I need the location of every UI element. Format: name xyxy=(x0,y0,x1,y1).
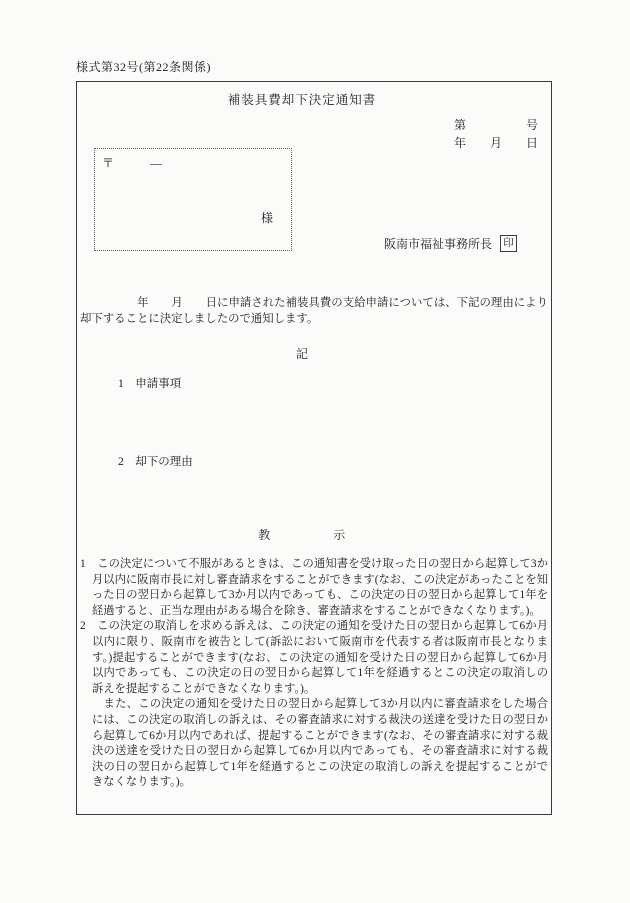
ki-heading: 記 xyxy=(77,345,527,362)
appeal-note-1: 1 この決定について不服があるときは、この通知書を受け取った日の翌日から起算して… xyxy=(80,557,548,619)
section-rejection-reason: 2 却下の理由 xyxy=(118,453,193,469)
notification-body: 年 月 日に申請された補装具費の支給申請については、下記の理由により却下すること… xyxy=(80,295,548,327)
appeal-note-2: 2 この決定の取消しを求める訴えは、この決定の通知を受けた日の翌日から起算して6… xyxy=(80,619,548,697)
issuer-line: 阪南市福祉事務所長 印 xyxy=(384,235,517,252)
section-application-items: 1 申請事項 xyxy=(118,375,181,391)
seal-mark: 印 xyxy=(500,235,517,252)
form-number-label: 様式第32号(第22条関係) xyxy=(76,58,211,75)
document-title: 補装具費却下決定通知書 xyxy=(77,90,527,108)
document-date-line: 年 月 日 xyxy=(454,134,538,151)
addressee-box: 〒 ― 様 xyxy=(94,148,292,251)
addressee-honorific: 様 xyxy=(261,209,273,226)
document-border-box: 補装具費却下決定通知書 第 号 年 月 日 〒 ― 様 阪南市福祉事務所長 印 … xyxy=(76,81,552,815)
appeal-instructions: 1 この決定について不服があるときは、この通知書を受け取った日の翌日から起算して… xyxy=(80,557,548,791)
document-page: 様式第32号(第22条関係) 補装具費却下決定通知書 第 号 年 月 日 〒 ―… xyxy=(0,0,630,903)
appeal-note-2-continued: また、この決定の通知を受けた日の翌日から起算して3か月以内に審査請求をした場合に… xyxy=(80,697,548,791)
issuer-name: 阪南市福祉事務所長 xyxy=(384,235,492,252)
document-number-line: 第 号 xyxy=(454,116,538,133)
postal-code-line: 〒 ― xyxy=(102,154,162,171)
kyoji-heading: 教 示 xyxy=(77,526,527,543)
